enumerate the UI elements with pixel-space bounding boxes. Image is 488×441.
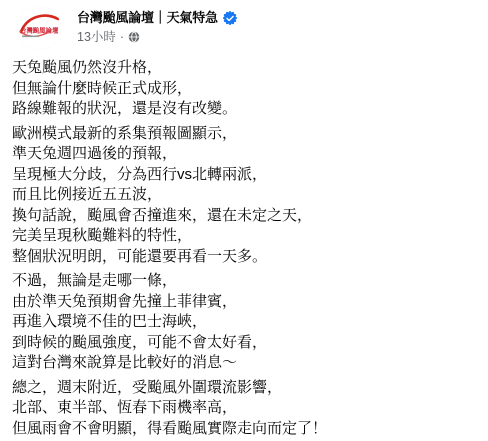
globe-icon (128, 31, 140, 43)
typhoon-forum-logo-icon: 台灣颱風論壇 (17, 6, 61, 50)
post-paragraph-2: 歐洲模式最新的系集預報圖顯示， 準天兔週四過後的預報， 呈現極大分歧，分為西行v… (12, 124, 476, 268)
avatar-logo-subtext-line (22, 36, 39, 38)
page-name-row: 台灣颱風論壇｜天氣特急 (77, 9, 237, 26)
post-paragraph-3: 不過，無論是走哪一條， 由於準天兔預期會先撞上菲律賓， 再進入環境不佳的巴士海峽… (12, 271, 476, 374)
page-avatar[interactable]: 台灣颱風論壇 (17, 6, 61, 50)
post-header: 台灣颱風論壇 台灣颱風論壇｜天氣特急 (12, 6, 476, 50)
post-paragraph-1: 天兔颱風仍然沒升格， 但無論什麼時候正式成形， 路線難報的狀況，還是沒有改變。 (12, 58, 476, 120)
post-body: 天兔颱風仍然沒升格， 但無論什麼時候正式成形， 路線難報的狀況，還是沒有改變。 … (12, 58, 476, 439)
post-meta: 13小時 · (77, 30, 237, 44)
post-header-text: 台灣颱風論壇｜天氣特急 13小時 · (77, 6, 237, 44)
post-timestamp[interactable]: 13小時 (77, 30, 116, 44)
verified-badge-icon (223, 11, 237, 25)
page-name[interactable]: 台灣颱風論壇｜天氣特急 (77, 9, 218, 26)
post-paragraph-4: 總之，週末附近，受颱風外圍環流影響， 北部、東半部、恆春下雨機率高， 但風雨會不… (12, 378, 476, 440)
avatar-logo-text: 台灣颱風論壇 (20, 26, 59, 35)
facebook-post: 台灣颱風論壇 台灣颱風論壇｜天氣特急 (0, 0, 488, 439)
meta-separator: · (120, 30, 124, 44)
